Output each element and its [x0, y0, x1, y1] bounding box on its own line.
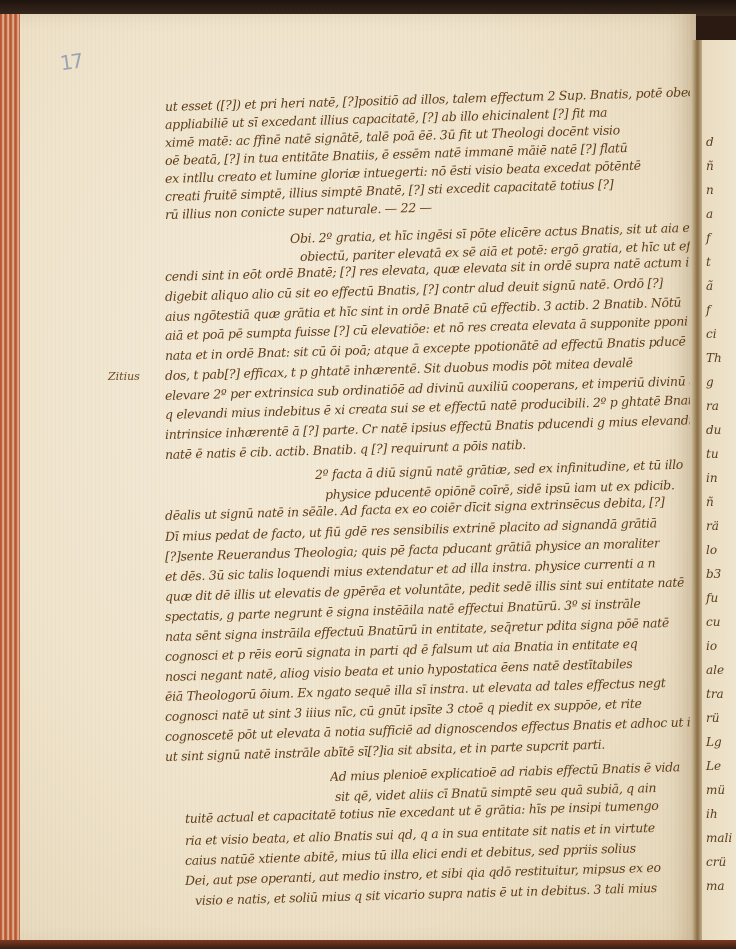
adjacent-page-fragment: in: [706, 471, 718, 485]
adjacent-page-fragment: ma: [706, 879, 725, 893]
adjacent-page-fragment: ale: [706, 663, 724, 677]
adjacent-page-fragment: mali: [706, 831, 732, 845]
adjacent-page-fragment: du: [706, 423, 721, 437]
adjacent-page-fragment: io: [706, 639, 717, 653]
adjacent-page-fragment: fu: [706, 591, 718, 605]
adjacent-page-fragment: f: [706, 231, 710, 245]
adjacent-page-fragment: ci: [706, 327, 717, 341]
adjacent-page-fragment: g: [706, 375, 714, 389]
adjacent-page-fragment: Le: [706, 759, 721, 773]
adjacent-page-fragment: Th: [706, 351, 722, 365]
adjacent-page-fragment: cu: [706, 615, 720, 629]
adjacent-page-fragment: ã: [706, 279, 713, 293]
margin-note: Zitius: [108, 370, 140, 383]
adjacent-page-fragment: mü: [706, 783, 725, 797]
adjacent-page-fragment: rü: [706, 711, 719, 725]
adjacent-page-fragment: a: [706, 207, 713, 221]
adjacent-page-fragment: n: [706, 183, 714, 197]
adjacent-page-fragment: ñ: [706, 495, 714, 509]
adjacent-page-fragment: tu: [706, 447, 719, 461]
adjacent-page-fragment: lo: [706, 543, 717, 557]
adjacent-page-fragment: ñ: [706, 159, 714, 173]
adjacent-page-fragment: rä: [706, 519, 719, 533]
adjacent-page-fragment: d: [706, 135, 714, 149]
adjacent-page-fragment: b3: [706, 567, 721, 581]
adjacent-page-fragment: tra: [706, 687, 724, 701]
book-bottom-edge: [0, 940, 736, 949]
adjacent-page-fragment: ih: [706, 807, 718, 821]
adjacent-page-fragment: Lg: [706, 735, 722, 749]
folio-number: 17: [58, 49, 83, 76]
page-edges-red: [0, 14, 22, 949]
adjacent-page-fragment: ra: [706, 399, 719, 413]
adjacent-page-fragment: t: [706, 255, 711, 269]
adjacent-page-fragment: f: [706, 303, 710, 317]
adjacent-page: dñnaftãfciThgradutuinñrälob3fucuioaletra…: [702, 40, 736, 945]
adjacent-page-fragment: crü: [706, 855, 726, 869]
